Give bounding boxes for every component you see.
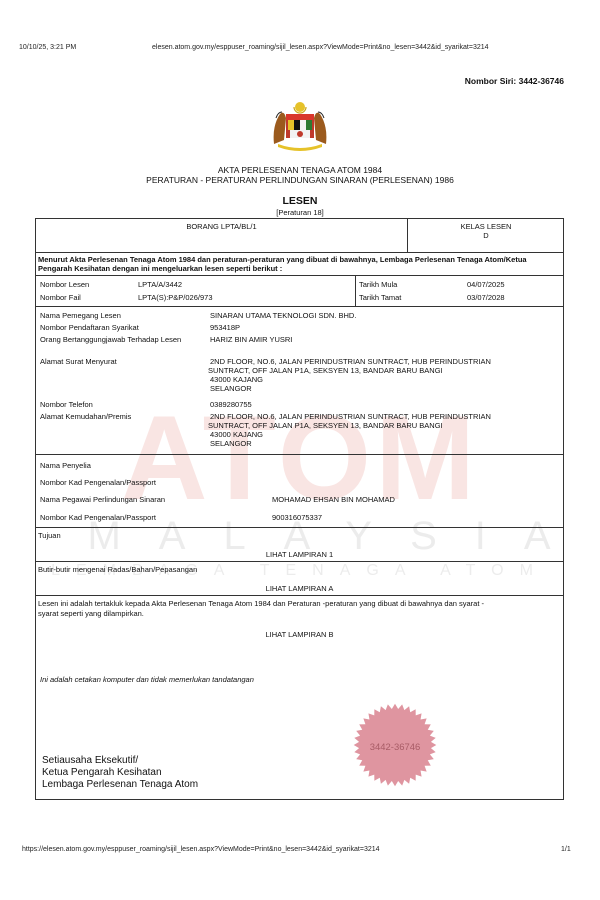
end-date: 03/07/2028 bbox=[467, 293, 505, 302]
divider bbox=[36, 252, 563, 253]
divider bbox=[36, 454, 563, 455]
signatory-line-1: Setiausaha Eksekutif/ bbox=[42, 755, 198, 767]
holder-name: SINARAN UTAMA TEKNOLOGI SDN. BHD. bbox=[210, 311, 356, 320]
license-class-value: D bbox=[407, 231, 565, 240]
computer-print-note: Ini adalah cetakan komputer dan tidak me… bbox=[40, 675, 254, 684]
premises-address-line-1: 2ND FLOOR, NO.6, JALAN PERINDUSTRIAN SUN… bbox=[210, 412, 491, 421]
premises-address-line-2: SUNTRACT, OFF JALAN P1A, SEKSYEN 13, BAN… bbox=[208, 421, 443, 430]
rpo-name: MOHAMAD EHSAN BIN MOHAMAD bbox=[272, 495, 395, 504]
purpose-label: Tujuan bbox=[38, 531, 61, 540]
start-date: 04/07/2025 bbox=[467, 280, 505, 289]
license-number-label: Nombor Lesen bbox=[40, 280, 89, 289]
rpo-ic-label: Nombor Kad Pengenalan/Passport bbox=[40, 513, 156, 522]
divider bbox=[36, 275, 563, 276]
rpo-ic: 900316075337 bbox=[272, 513, 322, 522]
page-number: 1/1 bbox=[561, 846, 571, 853]
document-heading: LESEN bbox=[0, 195, 600, 207]
supervisor-name-label: Nama Penyelia bbox=[40, 461, 91, 470]
print-footer-url: https://elesen.atom.gov.my/esppuser_roam… bbox=[22, 846, 380, 853]
premises-address-line-4: SELANGOR bbox=[210, 439, 252, 448]
signatory-line-2: Ketua Pengarah Kesihatan bbox=[42, 767, 198, 779]
conditions-text-2: syarat seperti yang dilampirkan. bbox=[38, 609, 144, 618]
purpose-value: LIHAT LAMPIRAN 1 bbox=[36, 550, 563, 559]
rpo-name-label: Nama Pegawai Perlindungan Sinaran bbox=[40, 495, 165, 504]
responsible-person: HARIZ BIN AMIR YUSRI bbox=[210, 335, 292, 344]
serial-number: Nombor Siri: 3442-36746 bbox=[465, 76, 564, 86]
mailing-address-line-2: SUNTRACT, OFF JALAN P1A, SEKSYEN 13, BAN… bbox=[208, 366, 443, 375]
act-title: AKTA PERLESENAN TENAGA ATOM 1984 bbox=[0, 165, 600, 175]
file-number: LPTA(S):P&P/026/973 bbox=[138, 293, 212, 302]
mailing-address-line-1: 2ND FLOOR, NO.6, JALAN PERINDUSTRIAN SUN… bbox=[210, 357, 491, 366]
svg-text:3442-36746: 3442-36746 bbox=[370, 742, 420, 753]
official-seal-icon: 3442-36746 bbox=[352, 702, 438, 788]
print-url: elesen.atom.gov.my/esppuser_roaming/siji… bbox=[152, 44, 489, 51]
form-code: BORANG LPTA/BL/1 bbox=[36, 222, 407, 231]
phone-number: 0389280755 bbox=[210, 400, 252, 409]
divider bbox=[36, 561, 563, 562]
responsible-person-label: Orang Bertanggungjawab Terhadap Lesen bbox=[40, 335, 181, 344]
divider bbox=[36, 306, 563, 307]
equipment-label: Butir-butir mengenai Radas/Bahan/Pepasan… bbox=[38, 565, 197, 574]
regulation-title: PERATURAN - PERATURAN PERLINDUNGAN SINAR… bbox=[0, 175, 600, 185]
divider bbox=[36, 527, 563, 528]
license-class-label: KELAS LESEN bbox=[407, 222, 565, 231]
conditions-value: LIHAT LAMPIRAN B bbox=[36, 630, 563, 639]
print-datetime: 10/10/25, 3:21 PM bbox=[19, 44, 76, 51]
conditions-text-1: Lesen ini adalah tertakluk kepada Akta P… bbox=[38, 599, 484, 608]
equipment-value: LIHAT LAMPIRAN A bbox=[36, 584, 563, 593]
license-form: BORANG LPTA/BL/1 KELAS LESEN D Menurut A… bbox=[35, 218, 564, 800]
company-reg-label: Nombor Pendaftaran Syarikat bbox=[40, 323, 139, 332]
end-date-label: Tarikh Tamat bbox=[359, 293, 401, 302]
file-number-label: Nombor Fail bbox=[40, 293, 81, 302]
issuance-statement: Menurut Akta Perlesenan Tenaga Atom 1984… bbox=[38, 255, 562, 273]
holder-name-label: Nama Pemegang Lesen bbox=[40, 311, 121, 320]
phone-label: Nombor Telefon bbox=[40, 400, 93, 409]
mailing-address-line-3: 43000 KAJANG bbox=[210, 375, 263, 384]
start-date-label: Tarikh Mula bbox=[359, 280, 397, 289]
mailing-address-label: Alamat Surat Menyurat bbox=[40, 357, 117, 366]
coat-of-arms-icon bbox=[268, 100, 332, 152]
divider bbox=[355, 275, 356, 306]
signatory-block: Setiausaha Eksekutif/ Ketua Pengarah Kes… bbox=[42, 755, 198, 791]
divider bbox=[36, 595, 563, 596]
company-reg: 953418P bbox=[210, 323, 240, 332]
supervisor-ic-label: Nombor Kad Pengenalan/Passport bbox=[40, 478, 156, 487]
premises-address-label: Alamat Kemudahan/Premis bbox=[40, 412, 131, 421]
regulation-ref: [Peraturan 18] bbox=[0, 208, 600, 217]
license-number: LPTA/A/3442 bbox=[138, 280, 182, 289]
document-titles: AKTA PERLESENAN TENAGA ATOM 1984 PERATUR… bbox=[0, 165, 600, 185]
premises-address-line-3: 43000 KAJANG bbox=[210, 430, 263, 439]
signatory-line-3: Lembaga Perlesenan Tenaga Atom bbox=[42, 779, 198, 791]
mailing-address-line-4: SELANGOR bbox=[210, 384, 252, 393]
